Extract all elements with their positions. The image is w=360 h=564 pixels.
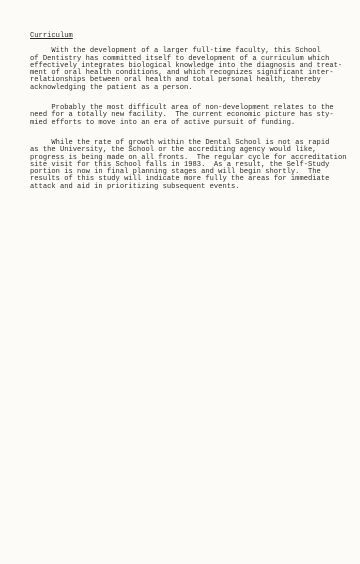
paragraph-accreditation: While the rate of growth within the Dent… [30,140,360,191]
text-line: attack and aid in prioritizing subsequen… [30,184,360,191]
text-line: acknowledging the patient as a person. [30,85,360,92]
text-line: mied efforts to move into an era of acti… [30,120,360,127]
document-page: Curriculum With the development of a lar… [0,0,360,564]
paragraph-curriculum-development: With the development of a larger full-ti… [30,48,360,92]
section-heading: Curriculum [30,33,360,40]
paragraph-facility: Probably the most difficult area of non-… [30,105,360,127]
document-body: Curriculum With the development of a lar… [30,33,360,204]
